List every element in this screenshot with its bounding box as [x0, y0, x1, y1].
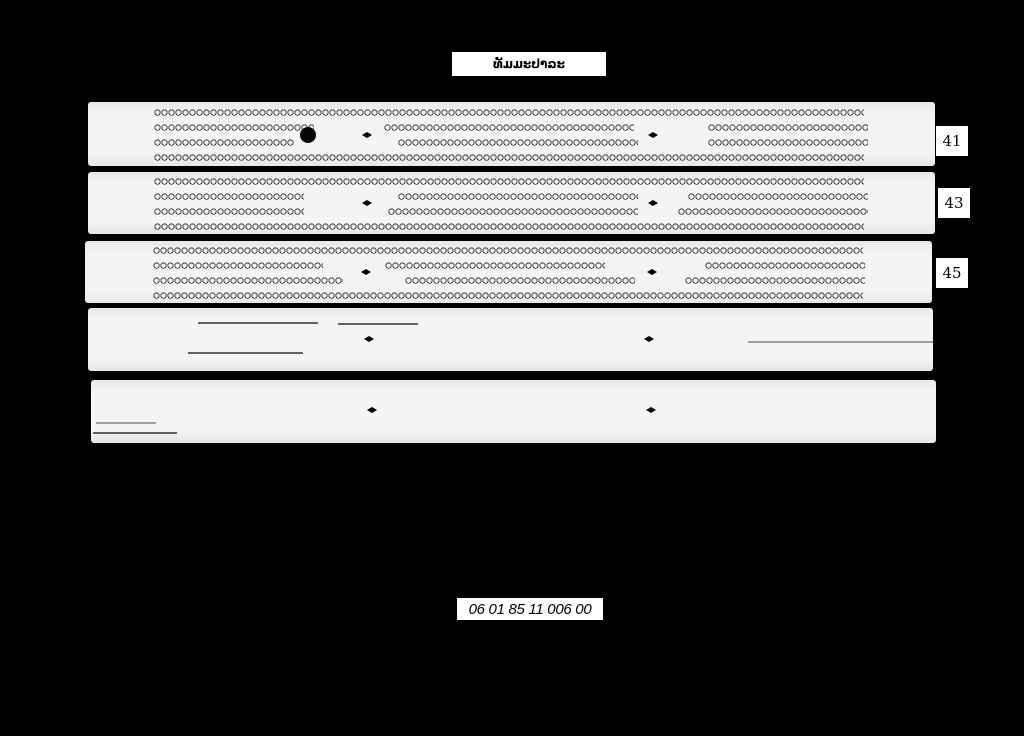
page-number-label: 41	[936, 126, 968, 156]
script-line	[405, 274, 635, 285]
script-line	[154, 220, 864, 231]
string-hole-marker-icon	[648, 132, 658, 138]
string-hole-marker-icon	[367, 407, 377, 413]
script-line	[385, 259, 605, 270]
script-line	[153, 244, 863, 255]
script-line	[153, 289, 863, 300]
palm-leaf-5-blank	[91, 380, 936, 443]
script-line	[154, 106, 864, 117]
microfilm-code-label: 06 01 85 11 006 00	[457, 598, 603, 620]
script-line	[685, 274, 865, 285]
script-line	[153, 259, 323, 270]
string-hole-marker-icon	[362, 200, 372, 206]
string-hole-marker-icon	[362, 132, 372, 138]
script-line	[398, 136, 638, 147]
string-hole-marker-icon	[644, 336, 654, 342]
script-line	[154, 205, 304, 216]
manuscript-title-label: ທັມມະປາລະ	[452, 52, 606, 76]
page-number-label: 43	[938, 188, 970, 218]
script-line	[708, 121, 868, 132]
leaf-scratch	[338, 323, 418, 325]
string-hole-marker-icon	[361, 269, 371, 275]
script-line	[705, 259, 865, 270]
string-hole-marker-icon	[646, 407, 656, 413]
page-number-label: 45	[936, 258, 968, 288]
palm-leaf-3	[85, 241, 932, 303]
palm-leaf-2	[88, 172, 935, 234]
palm-leaf-1	[88, 102, 935, 166]
string-hole-marker-icon	[647, 269, 657, 275]
script-line	[678, 205, 868, 216]
string-hole-marker-icon	[364, 336, 374, 342]
leaf-scratch	[748, 341, 933, 343]
palm-leaf-4-blank	[88, 308, 933, 371]
script-line	[154, 151, 864, 162]
leaf-scratch	[188, 352, 303, 354]
string-hole-icon	[300, 127, 316, 143]
leaf-scratch	[96, 422, 156, 424]
string-hole-marker-icon	[648, 200, 658, 206]
script-line	[154, 175, 864, 186]
script-line	[154, 136, 294, 147]
script-line	[154, 190, 304, 201]
leaf-scratch	[93, 432, 177, 434]
script-line	[154, 121, 314, 132]
script-line	[708, 136, 868, 147]
script-line	[398, 190, 638, 201]
script-line	[688, 190, 868, 201]
script-line	[153, 274, 343, 285]
script-line	[384, 121, 634, 132]
script-line	[388, 205, 638, 216]
leaf-scratch	[198, 322, 318, 324]
